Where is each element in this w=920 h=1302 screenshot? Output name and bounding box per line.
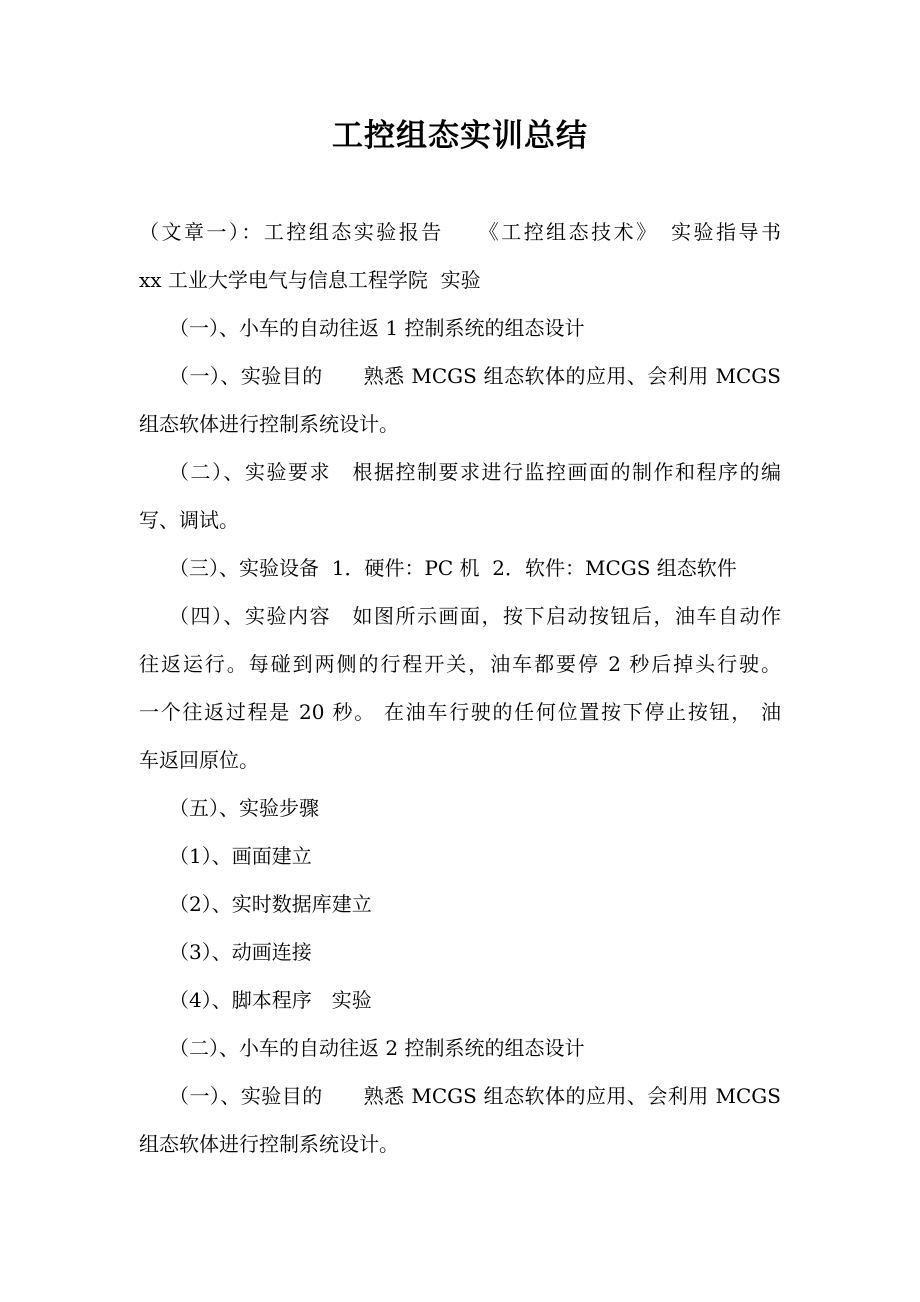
paragraph-line: （3）、动画连接 [169, 938, 312, 966]
paragraph-line: （4）、脚本程序 实验 [169, 986, 372, 1014]
paragraph-line: （2）、实时数据库建立 [169, 890, 372, 918]
document-page: 工控组态实训总结 （文章一）：工控组态实验报告 《工控组态技术》 实验指导书xx… [0, 0, 920, 1302]
paragraph-line: （一）、实验目的 熟悉 MCGS 组态软体的应用、会利用 MCGS [169, 1082, 781, 1110]
paragraph-line: 组态软体进行控制系统设计。 [139, 1130, 399, 1158]
paragraph-line: （二）、小车的自动往返 2 控制系统的组态设计 [169, 1034, 584, 1062]
paragraph-line: （四）、实验内容 如图所示画面，按下启动按钮后，油车自动作 [169, 602, 781, 630]
paragraph-line: （文章一）：工控组态实验报告 《工控组态技术》 实验指导书 [139, 218, 781, 246]
paragraph-line: （三）、实验设备 1．硬件：PC 机 2．软件：MCGS 组态软件 [169, 554, 737, 582]
paragraph-line: （二）、实验要求 根据控制要求进行监控画面的制作和程序的编 [169, 458, 781, 486]
paragraph-line: xx 工业大学电气与信息工程学院 实验 [139, 266, 481, 294]
document-title: 工控组态实训总结 [0, 114, 920, 158]
paragraph-line: 车返回原位。 [139, 746, 259, 774]
paragraph-line: （五）、实验步骤 [169, 794, 319, 822]
paragraph-line: 组态软体进行控制系统设计。 [139, 410, 399, 438]
paragraph-line: （一）、小车的自动往返 1 控制系统的组态设计 [169, 314, 584, 342]
paragraph-line: （一）、实验目的 熟悉 MCGS 组态软体的应用、会利用 MCGS [169, 362, 781, 390]
paragraph-line: 一个往返过程是 20 秒。 在油车行驶的任何位置按下停止按钮， 油 [139, 698, 781, 726]
paragraph-line: 写、调试。 [139, 506, 239, 534]
paragraph-line: （1）、画面建立 [169, 842, 312, 870]
paragraph-line: 往返运行。每碰到两侧的行程开关，油车都要停 2 秒后掉头行驶。 [139, 650, 781, 678]
